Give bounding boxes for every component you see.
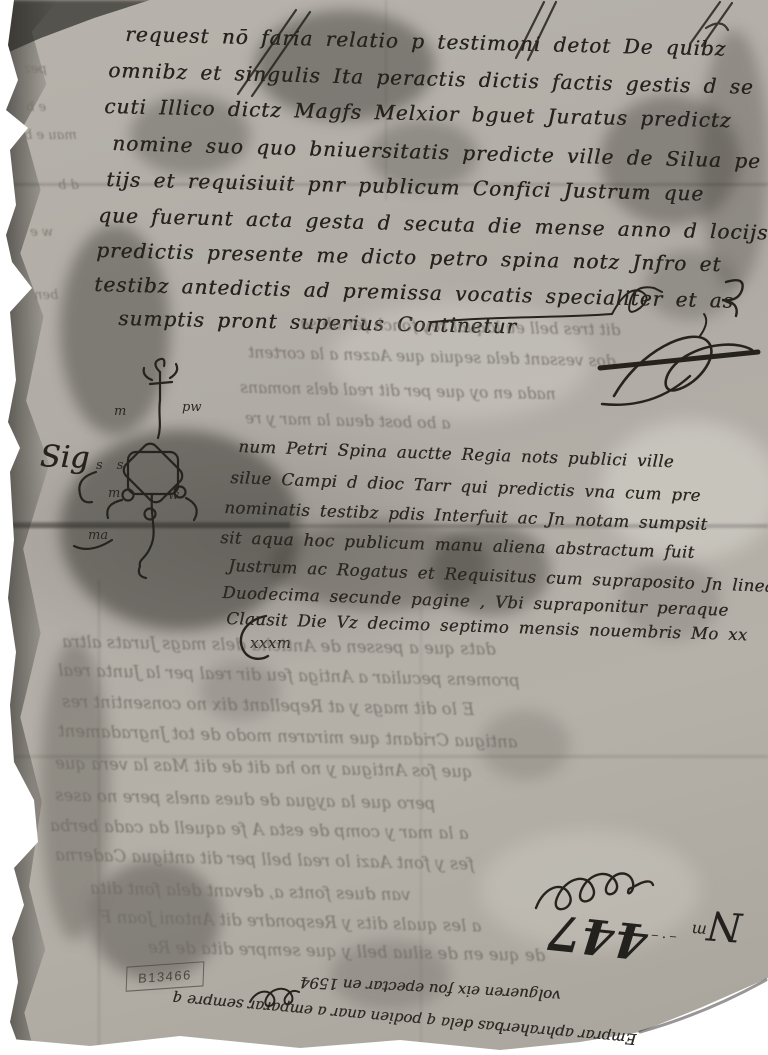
tally-slashes-left	[238, 10, 310, 96]
paraph-flourish-1	[432, 280, 743, 322]
tally-slashes-center	[516, 2, 556, 60]
c-swash	[241, 616, 268, 659]
paraph-flourish-2	[600, 314, 758, 405]
knot-flourish	[536, 874, 653, 910]
small-flourish	[250, 989, 299, 1006]
notarial-signum	[74, 359, 197, 578]
torn-edge-contour	[640, 980, 766, 1032]
tally-slashes-right	[690, 2, 732, 46]
ink-flourishes-layer	[0, 0, 768, 1055]
manuscript-page: pez e b mau e b d b w e ben request nō f…	[0, 0, 768, 1055]
